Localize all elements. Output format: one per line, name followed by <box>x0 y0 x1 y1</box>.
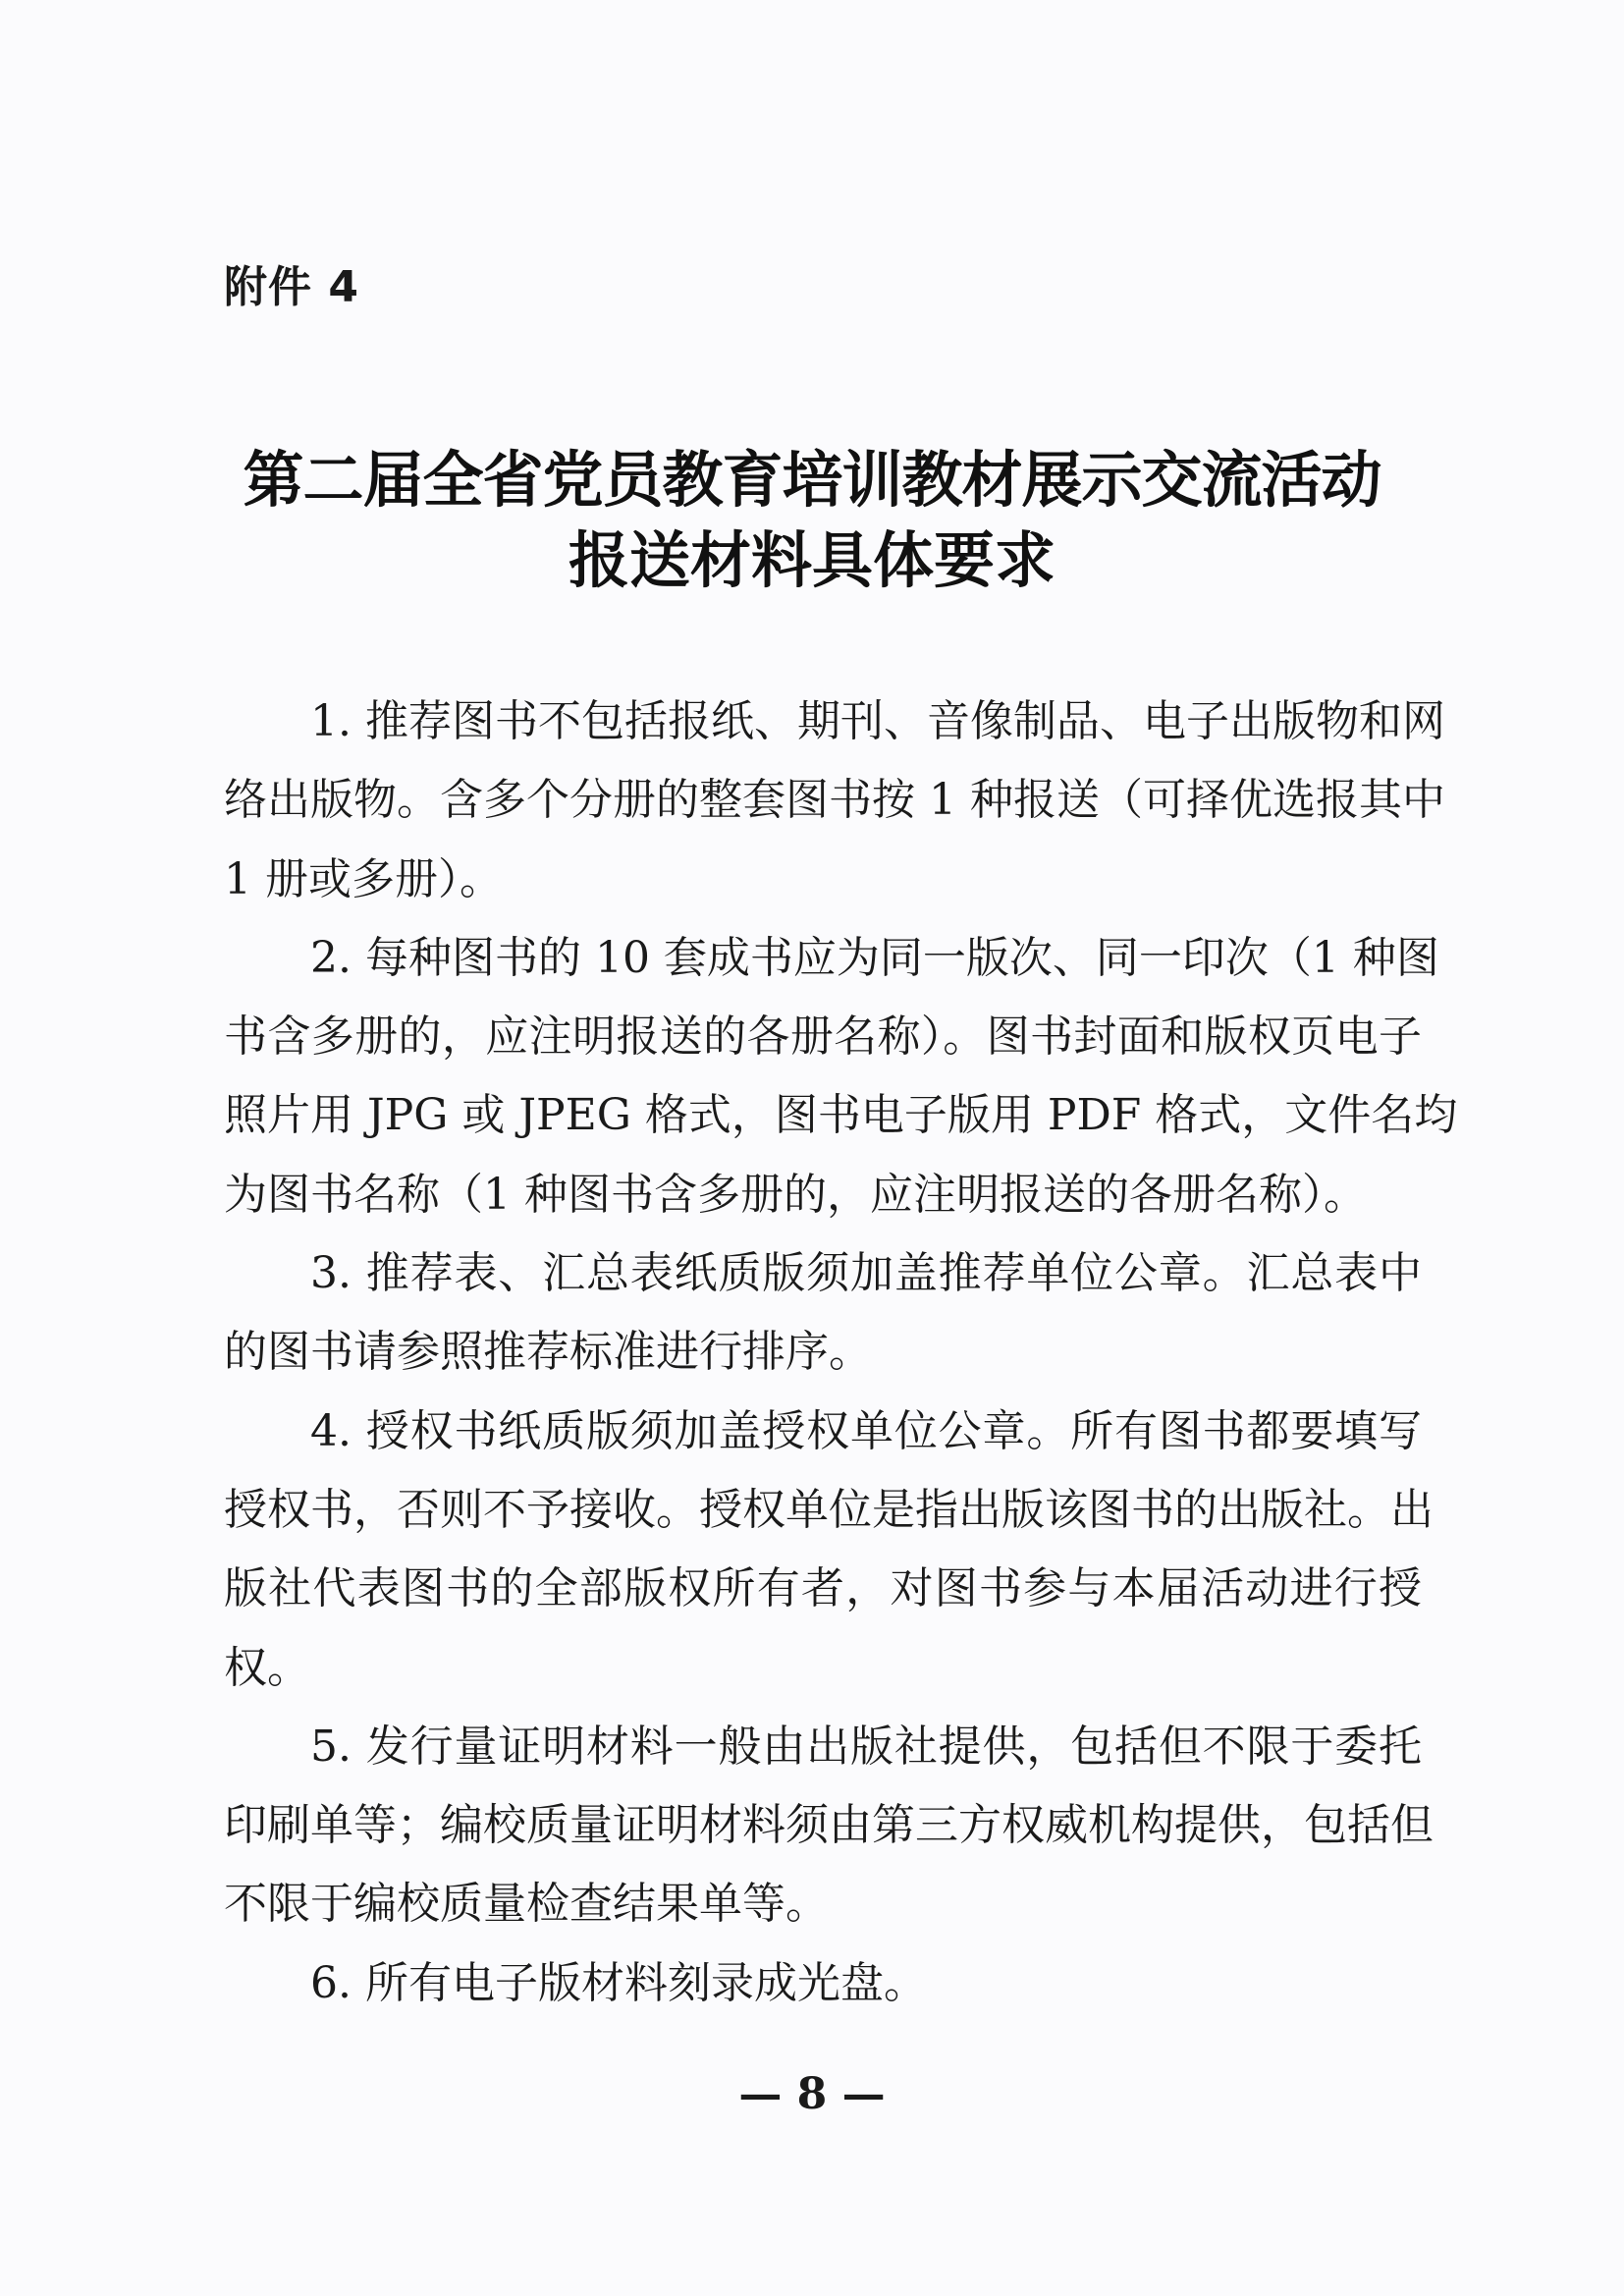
text-line: 印刷单等；编校质量证明材料须由第三方权威机构提供，包括但 <box>224 1786 1422 1865</box>
text-line: 权。 <box>224 1629 1422 1708</box>
paragraph-2: 2. 每种图书的 10 套成书应为同一版次、同一印次（1 种图 书含多册的，应注… <box>224 919 1422 1234</box>
text-line: 照片用 JPG 或 JPEG 格式，图书电子版用 PDF 格式，文件名均 <box>224 1076 1422 1155</box>
title-line-2: 报送材料具体要求 <box>0 520 1624 601</box>
text-line: 为图书名称（1 种图书含多册的，应注明报送的各册名称）。 <box>224 1156 1422 1234</box>
paragraph-1: 1. 推荐图书不包括报纸、期刊、音像制品、电子出版物和网 络出版物。含多个分册的… <box>224 683 1422 919</box>
text-line: 的图书请参照推荐标准进行排序。 <box>224 1313 1422 1392</box>
paragraph-3: 3. 推荐表、汇总表纸质版须加盖推荐单位公章。汇总表中 的图书请参照推荐标准进行… <box>224 1234 1422 1393</box>
text-line: 版社代表图书的全部版权所有者，对图书参与本届活动进行授 <box>224 1550 1422 1628</box>
text-line: 4. 授权书纸质版须加盖授权单位公章。所有图书都要填写 <box>224 1393 1422 1471</box>
page-number: — 8 — <box>0 2068 1624 2121</box>
text-line: 络出版物。含多个分册的整套图书按 1 种报送（可择优选报其中 <box>224 761 1422 840</box>
text-line: 3. 推荐表、汇总表纸质版须加盖推荐单位公章。汇总表中 <box>224 1234 1422 1313</box>
text-line: 1 册或多册）。 <box>224 841 1422 919</box>
attachment-label: 附件 4 <box>224 261 359 314</box>
text-line: 2. 每种图书的 10 套成书应为同一版次、同一印次（1 种图 <box>224 919 1422 998</box>
paragraph-4: 4. 授权书纸质版须加盖授权单位公章。所有图书都要填写 授权书，否则不予接收。授… <box>224 1393 1422 1708</box>
paragraph-5: 5. 发行量证明材料一般由出版社提供，包括但不限于委托 印刷单等；编校质量证明材… <box>224 1708 1422 1944</box>
document-title: 第二届全省党员教育培训教材展示交流活动 报送材料具体要求 <box>0 440 1624 601</box>
document-body: 1. 推荐图书不包括报纸、期刊、音像制品、电子出版物和网 络出版物。含多个分册的… <box>224 683 1422 2023</box>
text-line: 不限于编校质量检查结果单等。 <box>224 1865 1422 1943</box>
text-line: 授权书，否则不予接收。授权单位是指出版该图书的出版社。出 <box>224 1471 1422 1550</box>
text-line: 6. 所有电子版材料刻录成光盘。 <box>224 1944 1422 2023</box>
text-line: 书含多册的，应注明报送的各册名称）。图书封面和版权页电子 <box>224 998 1422 1076</box>
title-line-1: 第二届全省党员教育培训教材展示交流活动 <box>0 440 1624 520</box>
paragraph-6: 6. 所有电子版材料刻录成光盘。 <box>224 1944 1422 2023</box>
text-line: 1. 推荐图书不包括报纸、期刊、音像制品、电子出版物和网 <box>224 683 1422 761</box>
text-line: 5. 发行量证明材料一般由出版社提供，包括但不限于委托 <box>224 1708 1422 1786</box>
